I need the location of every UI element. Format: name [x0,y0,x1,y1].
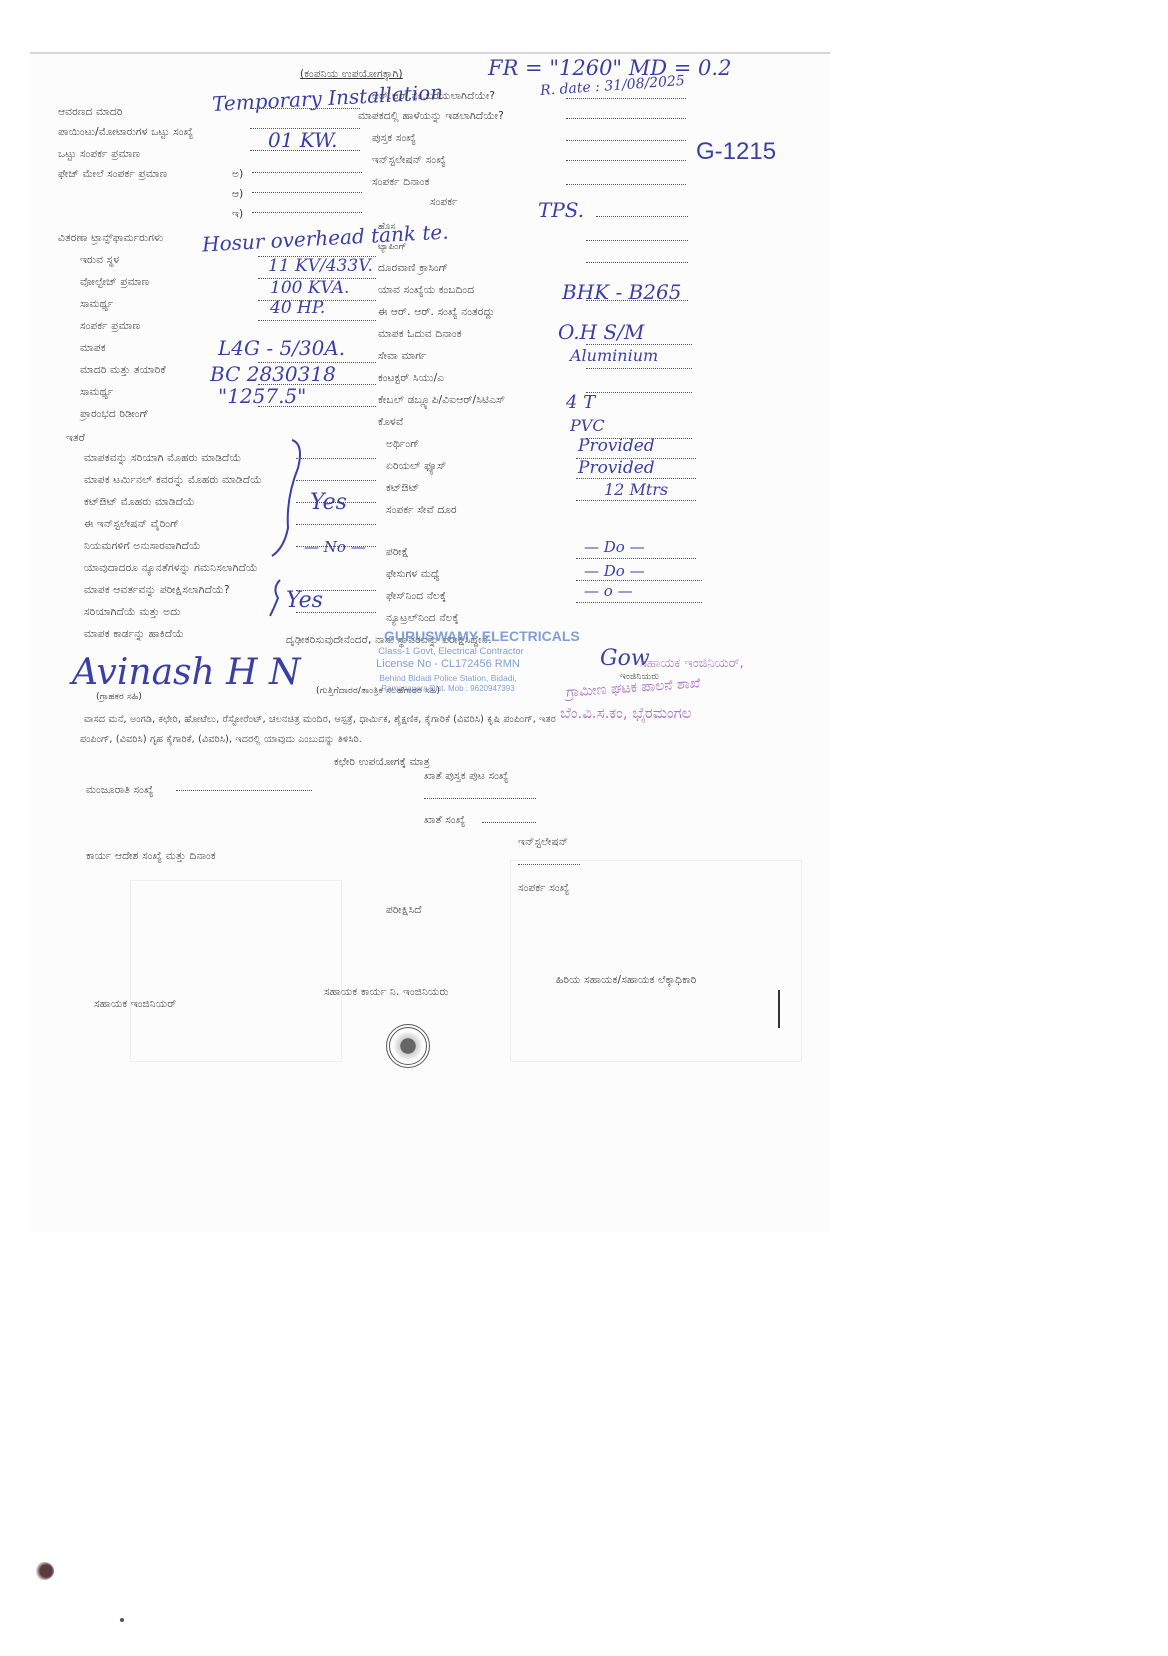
meter-capacity-label: ಸಾಮರ್ಥ್ಯ [80,386,114,399]
conduit-value: PVC [570,416,605,435]
consumer-signature-label: (ಗ್ರಾಹಕರ ಸಹಿ) [96,692,142,702]
new-label: ಹೊಸ [378,222,396,232]
between-phases-value: — Do — [584,562,645,580]
installation-wiring-label: ಈ ಇನ್‌ಸ್ಟಲೇಷನ್ ವೈರಿಂಗ್ [84,518,179,531]
voltage-value: 11 KV/433V. [268,256,373,276]
assistant-engineer-label: ಸಹಾಯಕ ಇಂಜಿನಿಯರ್ [94,998,176,1011]
meter-heading: ಮಾಪಕ [80,342,106,355]
connected-load-label: ಸಂಪರ್ಕ ಪ್ರಮಾಣ [80,320,140,333]
contractor-stamp-line1: Class-1 Govt, Electrical Contractor [376,646,526,657]
capacity-label: ಸಾಮರ್ಥ್ಯ [80,298,114,311]
defects-noticed-label: ಯಾವುದಾದರೂ ನ್ಯೂನತೆಗಳನ್ನು ಗಮನಿಸಲಾಗಿದೆಯೆ [84,562,258,575]
usage-type-line2: ಪಂಪಿಂಗ್, (ವಿವರಿಸಿ) ಗೃಹ ಕೈಗಾರಿಕೆ, (ವಿವರಿಸ… [80,734,362,745]
engineer-stamp-line1: ಸಹಾಯಕ ಇಂಜಿನಿಯರ್, [640,656,744,671]
connection-date-label: ಸಂಪರ್ಕ ದಿನಾಂಕ [372,176,430,189]
connected-load-value: 40 HP. [270,298,325,318]
tapping-label: ಟ್ಯಾಪಿಂಗ್ [378,242,406,252]
initial-reading-value: "1257.5" [218,384,306,408]
meter-reading-date-value: O.H S/M [558,320,644,344]
connection-number-label: ಸಂಪರ್ಕ ಸಂಖ್ಯೆ [518,882,569,895]
margin-mark [778,990,780,1028]
conductor-label: ಕಂಟಕ್ಟರ್ ಸಿಯು/ಎ [378,372,444,385]
engineer-stamp-line3: ಬೆಂ.ವಿ.ಸ.ಕಂ, ಭೈರಮಂಗಲ [560,704,691,722]
others-heading: ಇತರೆ [66,432,85,445]
location-label: ಇರುವ ಸ್ಥಳ [80,254,119,267]
accounts-officer-label: ಹಿರಿಯ ಸಹಾಯಕ/ಸಹಾಯಕ ಲೆಕ್ಕಾಧಿಕಾರಿ [556,974,697,987]
total-load-value: 01 KW. [268,128,337,152]
premises-type-label: ಆವರಣದ ಮಾದರಿ [58,106,123,119]
test-label: ಪರೀಕ್ಷೆ [386,546,409,559]
phase-c-marker: ಇ) [232,208,243,221]
contractor-stamp-name: GURUSWAMY ELECTRICALS [384,628,524,644]
group1-yes-value: Yes [310,490,347,515]
service-distance-value: 12 Mtrs [604,480,668,499]
installation-label: ಇನ್‌ಸ್ಟಲೇಷನ್ [518,836,568,849]
defects-value: — No — [304,538,366,556]
connection-label: ಸಂಪರ್ಕ [430,196,458,209]
neutral-to-earth-label: ನ್ಯೂಟ್ರಲ್‌ನಿಂದ ನೆಲಕ್ಕೆ [386,612,459,625]
telephone-crossing-label: ದೂರವಾಣಿ ಕ್ರಾಸಿಂಗ್ [378,262,448,275]
ledger-page-label: ಖಾತೆ ಪುಸ್ತಕ ಪುಟ ಸಂಖ್ಯೆ [424,770,509,783]
cable-type-value: 4 T [566,392,595,413]
fr-md-annotation: FR = "1260" MD = 0.2 [488,56,731,80]
phase-to-earth-value: — o — [584,582,633,600]
company-seal-icon [386,1024,430,1068]
installation-number-label: ಇನ್‌ಸ್ಟಲೇಷನ್ ಸಂಖ್ಯೆ [372,154,446,167]
meter-serial-value: BC 2830318 [210,362,336,386]
correct-label: ಸರಿಯಾಗಿದೆಯೆ ಮತ್ತು ಅದು [84,606,181,619]
earthing-value: Provided [578,436,655,456]
show-through-box [130,880,342,1062]
rr-no-written-label: ಆರ್.ಆರ್.ನಂ.ಬರೆಯಲಾಗಿದೆಯೇ? [372,90,495,103]
test-value: — Do — [584,538,645,556]
usage-type-line1: ವಾಸದ ಮನೆ, ಅಂಗಡಿ, ಕಛೇರಿ, ಹೋಟೆಲು, ರೆಸ್ಟೋರೆ… [84,714,556,725]
service-main-label: ಸೇವಾ ಮಾರ್ಗ [378,350,427,363]
service-distance-label: ಸಂಪರ್ಕ ಸೇವೆ ದೂರ [386,504,457,517]
aerial-fuse-label: ಏರಿಯಲ್ ಫ್ಯೂಸ್ [386,460,446,473]
contractor-signature-label: (ಗುತ್ತಿಗೆದಾರರ/ತಾಂತ್ರಿಕ ಸಲಹೆಗಾರರ ಸಹಿ) [316,686,440,696]
page-top-border [30,52,830,54]
phase-a-marker: ಅ) [232,168,243,181]
approval-number-label: ಮಂಜೂರಾತಿ ಸಂಖ್ಯೆ [86,784,154,797]
pole-number-label: ಯಾವ ಸಂಖ್ಯೆಯ ಕಂಬದಿಂದ [378,284,474,297]
scan-speck [120,1618,124,1622]
cutout-sealed-label: ಕಟ್‌ಔಟ್ ಮೊಹರು ಮಾಡಿದೆಯೆ [84,496,195,509]
account-number-label: ಖಾತೆ ಸಂಖ್ಯೆ [424,814,465,827]
phase-b-marker: ಆ) [232,188,243,201]
meter-sheet-label: ಮಾಪಕದಲ್ಲಿ ಹಾಳೆಯನ್ನು ಇಡಲಾಗಿದೆಯೇ? [358,110,504,123]
as-per-rules-label: ನಿಯಮಗಳಿಗೆ ಅನುಸಾರವಾಗಿದೆಯೆ [84,540,201,553]
consumer-signature: Avinash H N [72,652,300,693]
make-type-value: L4G - 5/30A. [218,336,345,360]
phase-to-earth-label: ಫೇಸ್‌ನಿಂದ ನೆಲಕ್ಕೆ [386,590,446,603]
book-number-label: ಪುಸ್ತಕ ಸಂಖ್ಯೆ [372,132,416,145]
cutout-label: ಕಟ್‌ಔಟ್ [386,482,419,495]
scan-speck [34,1562,54,1580]
total-points-label: ಪಾಯಿಂಟು/ಮೋಟಾರುಗಳ ಒಟ್ಟು ಸಂಖ್ಯೆ [58,126,193,139]
checked-label: ಪರೀಕ್ಷಿಸಿದೆ [386,904,422,917]
meter-sealed-label: ಮಾಪಕವನ್ನು ಸರಿಯಾಗಿ ಮೊಹರು ಮಾಡಿದೆಯೆ [84,452,241,465]
meter-card-label: ಮಾಪಕ ಕಾರ್ಡನ್ನು ಹಾಕಿದೆಯೆ [84,628,184,641]
voltage-label: ವೋಲ್ಟೇಜ್ ಪ್ರಮಾಣ [80,276,149,289]
work-order-label: ಕಾರ್ಯ ಆದೇಶ ಸಂಖ್ಯೆ ಮತ್ತು ದಿನಾಂಕ [86,850,216,863]
asst-exec-engineer-label: ಸಹಾಯಕ ಕಾರ್ಯ ನಿ. ಇಂಜಿನಿಯರು [324,986,449,999]
conduit-label: ಕೊಳವೆ [378,416,403,429]
form-title: (ಕಂಪನಿಯ ಉಪಯೋಗಕ್ಕಾಗಿ) [300,68,403,81]
after-rr-number-label: ಈ ಆರ್. ಆರ್. ಸಂಖ್ಯೆ ನಂತರದ್ದು [378,306,495,319]
initial-reading-label: ಪ್ರಾರಂಭದ ರಿಡೀಂಗ್ [80,408,149,421]
phase-load-label: ಫೇಜ್ ಮೇಲೆ ಸಂಪರ್ಕ ಪ್ರಮಾಣ [58,168,167,181]
meter-reading-date-label: ಮಾಪಕ ಓದುವ ದಿನಾಂಕ [378,328,462,341]
connection-type-value: TPS. [538,198,584,222]
code-annotation: G-1215 [696,138,776,166]
contractor-stamp-line3: Behind Bidadi Police Station, Bidadi, [368,673,528,683]
total-load-label: ಒಟ್ಟು ಸಂಪರ್ಕ ಪ್ರಮಾಣ [58,148,140,161]
group2-yes-value: Yes [286,588,323,613]
aerial-fuse-value: Provided [578,458,655,478]
between-phases-label: ಫೇಸುಗಳ ಮಧ್ಯೆ [386,568,440,581]
earthing-label: ಅರ್ಥಿಂಗ್ [386,438,419,451]
terminal-cover-sealed-label: ಮಾಪಕ ಟರ್ಮಿನಲ್ ಕವರನ್ನು ಮೊಹರು ಮಾಡಿದೆಯೆ [84,474,262,487]
service-main-value: Aluminium [570,346,658,365]
contractor-stamp-line2: License No - CL172456 RMN [368,658,528,670]
office-use-heading: ಕಛೇರಿ ಉಪಯೋಗಕ್ಕೆ ಮಾತ್ರ [334,756,430,769]
meter-rotation-label: ಮಾಪಕ ಆವರ್ತವನ್ನು ಪರೀಕ್ಷಿಸಲಾಗಿದೆಯೆ? [84,584,230,597]
capacity-value: 100 KVA. [270,278,349,298]
transformer-heading: ವಿತರಣಾ ಟ್ರಾನ್ಸ್‌ಫಾರ್ಮರುಗಳು [58,232,163,245]
cable-type-label: ಕೇಬಲ್ ಡಬ್ಲ್ಯೂಪಿ/ವಿಐಆರ್/ಸಿಟಿಎಸ್ [378,394,505,407]
make-type-label: ಮಾದರಿ ಮತ್ತು ತಯಾರಿಕೆ [80,364,166,377]
